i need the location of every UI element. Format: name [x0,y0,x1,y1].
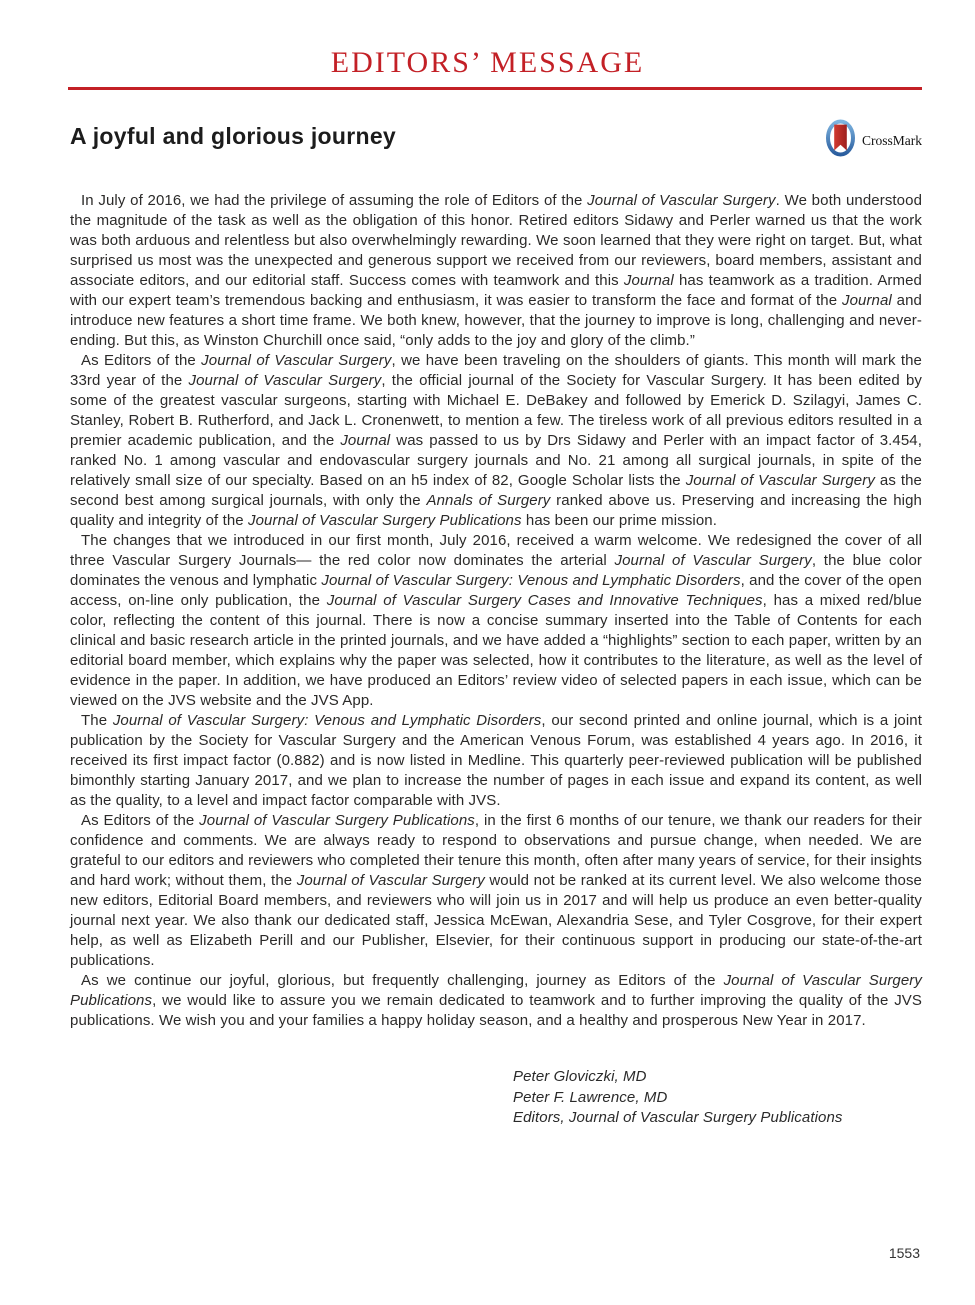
paragraph: As Editors of the Journal of Vascular Su… [70,811,922,971]
signature-line: Peter Gloviczki, MD [513,1067,922,1088]
section-header: EDITORS’ MESSAGE [0,0,975,80]
paragraph: As Editors of the Journal of Vascular Su… [70,351,922,531]
header-rule [68,87,922,90]
crossmark-badge[interactable]: CrossMark [822,119,922,162]
page: EDITORS’ MESSAGE A joyful and glorious j… [0,0,975,1305]
signature-line: Editors, Journal of Vascular Surgery Pub… [513,1108,922,1129]
page-number: 1553 [889,1245,920,1261]
paragraph: As we continue our joyful, glorious, but… [70,971,922,1031]
paragraph: In July of 2016, we had the privilege of… [70,191,922,351]
crossmark-icon [822,119,859,162]
paragraph: The changes that we introduced in our fi… [70,531,922,711]
article-title: A joyful and glorious journey [70,123,396,150]
paragraph: The Journal of Vascular Surgery: Venous … [70,711,922,811]
signature-block: Peter Gloviczki, MD Peter F. Lawrence, M… [513,1067,922,1129]
signature-line: Peter F. Lawrence, MD [513,1088,922,1109]
title-row: A joyful and glorious journey [70,123,922,162]
article-body: In July of 2016, we had the privilege of… [70,191,922,1129]
crossmark-label: CrossMark [862,133,922,149]
